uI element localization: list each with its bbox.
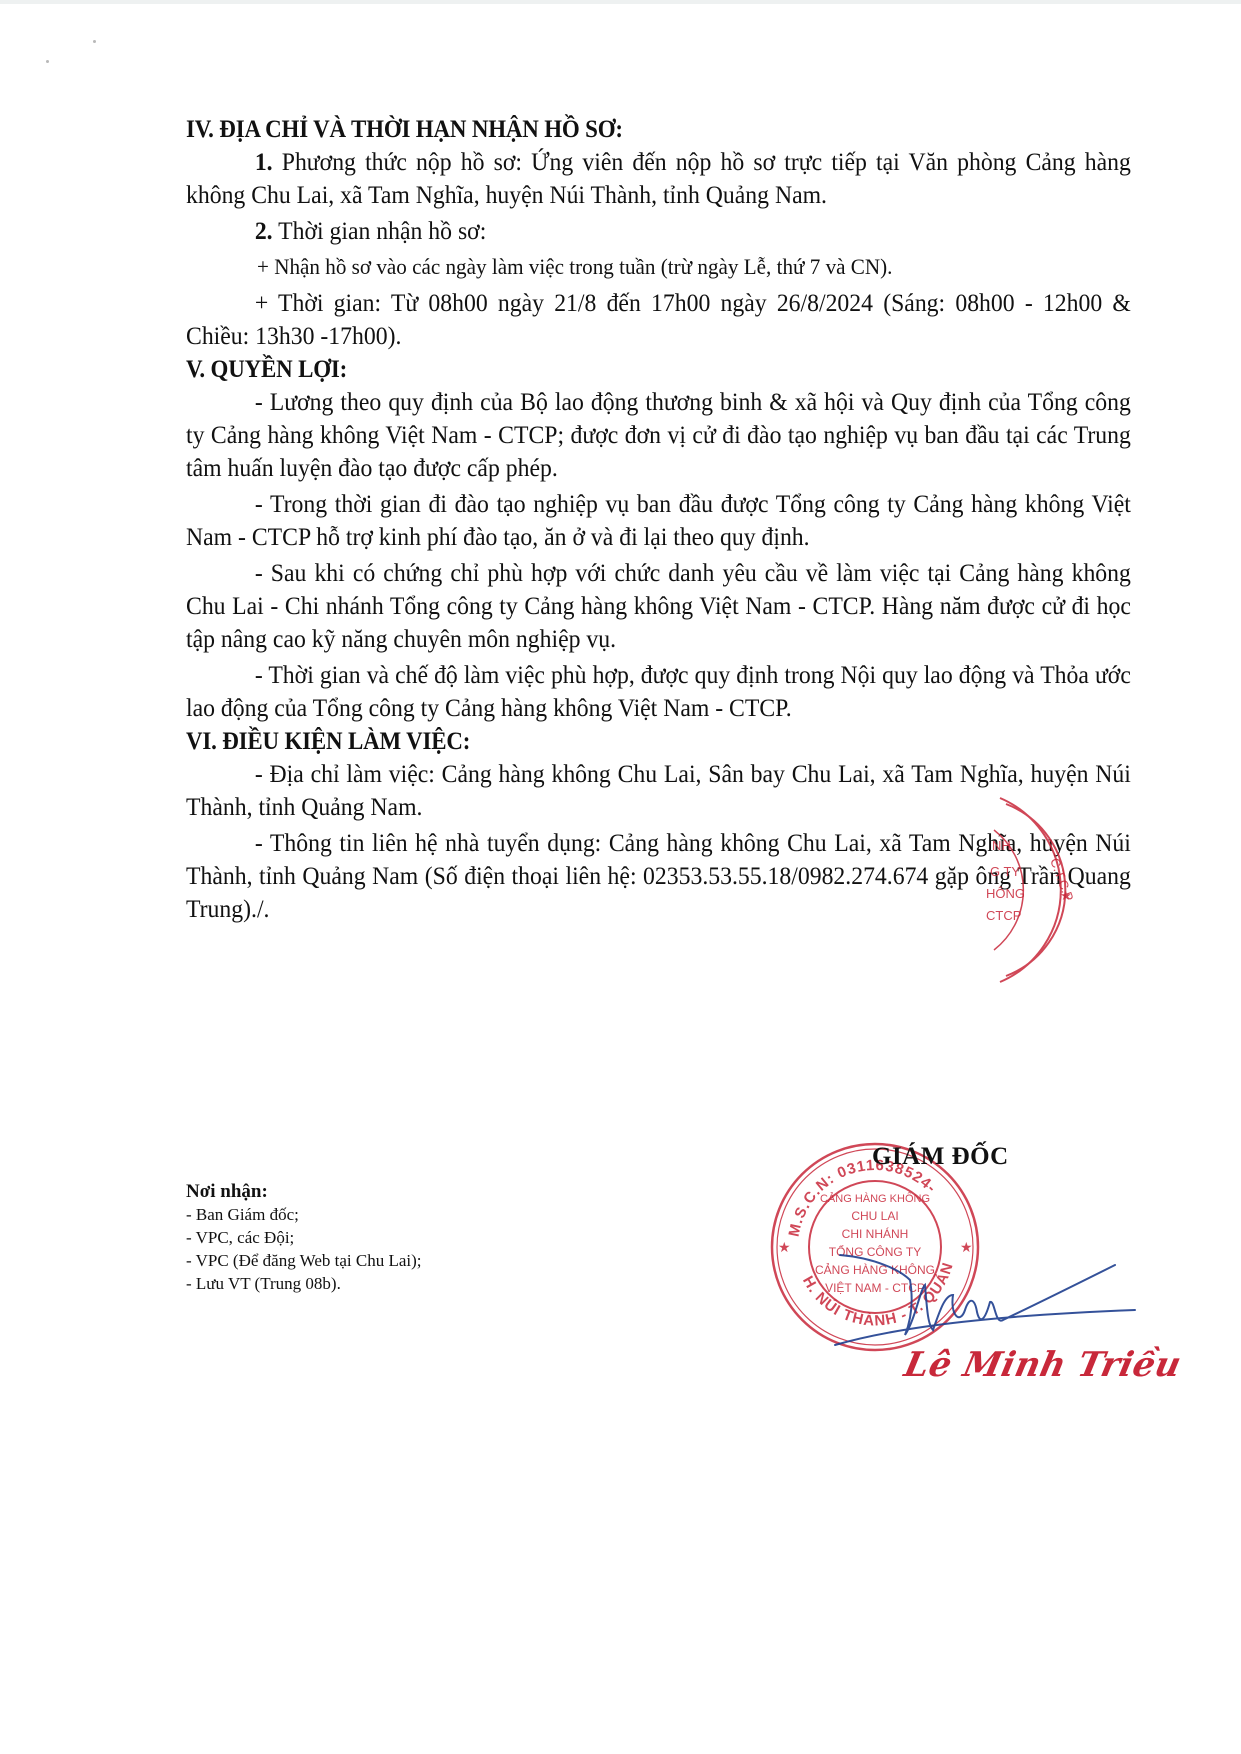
section-v-item: - Lương theo quy định của Bộ lao động th… [186, 385, 1131, 484]
section-vi-heading: VI. ĐIỀU KIỆN LÀM VIỆC: [186, 724, 1037, 757]
section-iv-bullet-1: + Nhận hồ sơ vào các ngày làm việc trong… [186, 250, 1132, 283]
section-v-item: - Sau khi có chứng chỉ phù hợp với chức … [186, 556, 1131, 655]
section-iv-item-2: 2. Thời gian nhận hồ sơ: [186, 214, 1131, 247]
section-v-item: - Trong thời gian đi đào tạo nghiệp vụ b… [186, 487, 1131, 553]
svg-text:HÔNG: HÔNG [986, 886, 1025, 901]
recipients-title: Nơi nhận: [186, 1180, 422, 1203]
section-iv-heading: IV. ĐỊA CHỈ VÀ THỜI HẠN NHẬN HỒ SƠ: [186, 112, 1037, 145]
svg-text:CHU LAI: CHU LAI [851, 1209, 898, 1223]
section-v-heading: V. QUYỀN LỢI: [186, 352, 1037, 385]
svg-text:★: ★ [778, 1239, 791, 1255]
item-number: 2. [255, 216, 273, 245]
item-number: 1. [255, 147, 273, 176]
scan-speck [93, 40, 96, 43]
director-title: GIÁM ĐỐC [872, 1143, 1009, 1171]
signer-name: Lê Minh Triều [901, 1345, 1185, 1385]
partial-seal-stamp: NH G TY HÔNG CTCP C.T.C.P ★ [980, 790, 1120, 990]
handwritten-signature [815, 1240, 1145, 1350]
recipients-block: Nơi nhận: - Ban Giám đốc; - VPC, các Đội… [186, 1180, 422, 1295]
scan-top-edge [0, 0, 1241, 4]
section-v-item: - Thời gian và chế độ làm việc phù hợp, … [186, 658, 1131, 724]
section-iv-bullet-2: + Thời gian: Từ 08h00 ngày 21/8 đến 17h0… [186, 286, 1131, 352]
recipient-item: - Ban Giám đốc; [186, 1203, 422, 1226]
svg-text:G TY: G TY [990, 864, 1020, 879]
svg-text:CẢNG HÀNG KHÔNG: CẢNG HÀNG KHÔNG [820, 1192, 930, 1205]
svg-text:CTCP: CTCP [986, 908, 1021, 923]
item-text: Thời gian nhận hồ sơ: [273, 216, 487, 245]
recipient-item: - Lưu VT (Trung 08b). [186, 1272, 422, 1295]
item-text: Phương thức nộp hồ sơ: Ứng viên đến nộp … [186, 147, 1131, 209]
section-iv-item-1: 1. Phương thức nộp hồ sơ: Ứng viên đến n… [186, 145, 1131, 211]
scan-speck [46, 60, 49, 63]
recipient-item: - VPC (Để đăng Web tại Chu Lai); [186, 1249, 422, 1272]
svg-text:NH: NH [992, 838, 1011, 853]
svg-text:★: ★ [1060, 888, 1072, 903]
svg-text:CHI NHÁNH: CHI NHÁNH [842, 1226, 909, 1241]
recipient-item: - VPC, các Đội; [186, 1226, 422, 1249]
